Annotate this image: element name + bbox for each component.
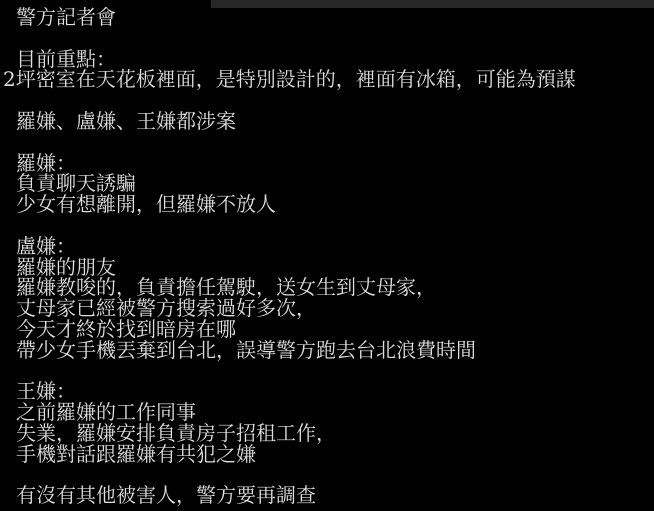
text-line: 手機對話跟羅嫌有共犯之嫌 xyxy=(0,444,654,465)
blank-line xyxy=(0,28,654,49)
blank-line xyxy=(0,361,654,382)
text-line: 少女有想離開，但羅嫌不放人 xyxy=(0,194,654,215)
text-line: 羅嫌的朋友 xyxy=(0,257,654,278)
text-line: 丈母家已經被警方搜索過好多次， xyxy=(0,298,654,319)
text-line: 警方記者會 xyxy=(0,7,654,28)
text-line: 今天才終於找到暗房在哪 xyxy=(0,319,654,340)
text-line: 盧嫌： xyxy=(0,236,654,257)
screenshot-root: { "page": { "background_color": "#000000… xyxy=(0,0,654,511)
text-line: 羅嫌： xyxy=(0,153,654,174)
text-line: 有沒有其他被害人，警方要再調查 xyxy=(0,485,654,506)
text-line: 2坪密室在天花板裡面，是特別設計的，裡面有冰箱，可能為預謀 xyxy=(0,69,654,90)
text-line: 王嫌： xyxy=(0,381,654,402)
text-line: 帶少女手機丟棄到台北，誤導警方跑去台北浪費時間 xyxy=(0,340,654,361)
text-line: 羅嫌、盧嫌、王嫌都涉案 xyxy=(0,111,654,132)
text-line: 之前羅嫌的工作同事 xyxy=(0,402,654,423)
article-text: 警方記者會 目前重點：2坪密室在天花板裡面，是特別設計的，裡面有冰箱，可能為預謀… xyxy=(0,7,654,506)
blank-line xyxy=(0,465,654,486)
blank-line xyxy=(0,90,654,111)
text-line: 目前重點： xyxy=(0,49,654,70)
text-line: 負責聊天誘騙 xyxy=(0,173,654,194)
text-line: 失業，羅嫌安排負責房子招租工作， xyxy=(0,423,654,444)
blank-line xyxy=(0,132,654,153)
text-line: 羅嫌教唆的，負責擔任駕駛，送女生到丈母家， xyxy=(0,277,654,298)
blank-line xyxy=(0,215,654,236)
